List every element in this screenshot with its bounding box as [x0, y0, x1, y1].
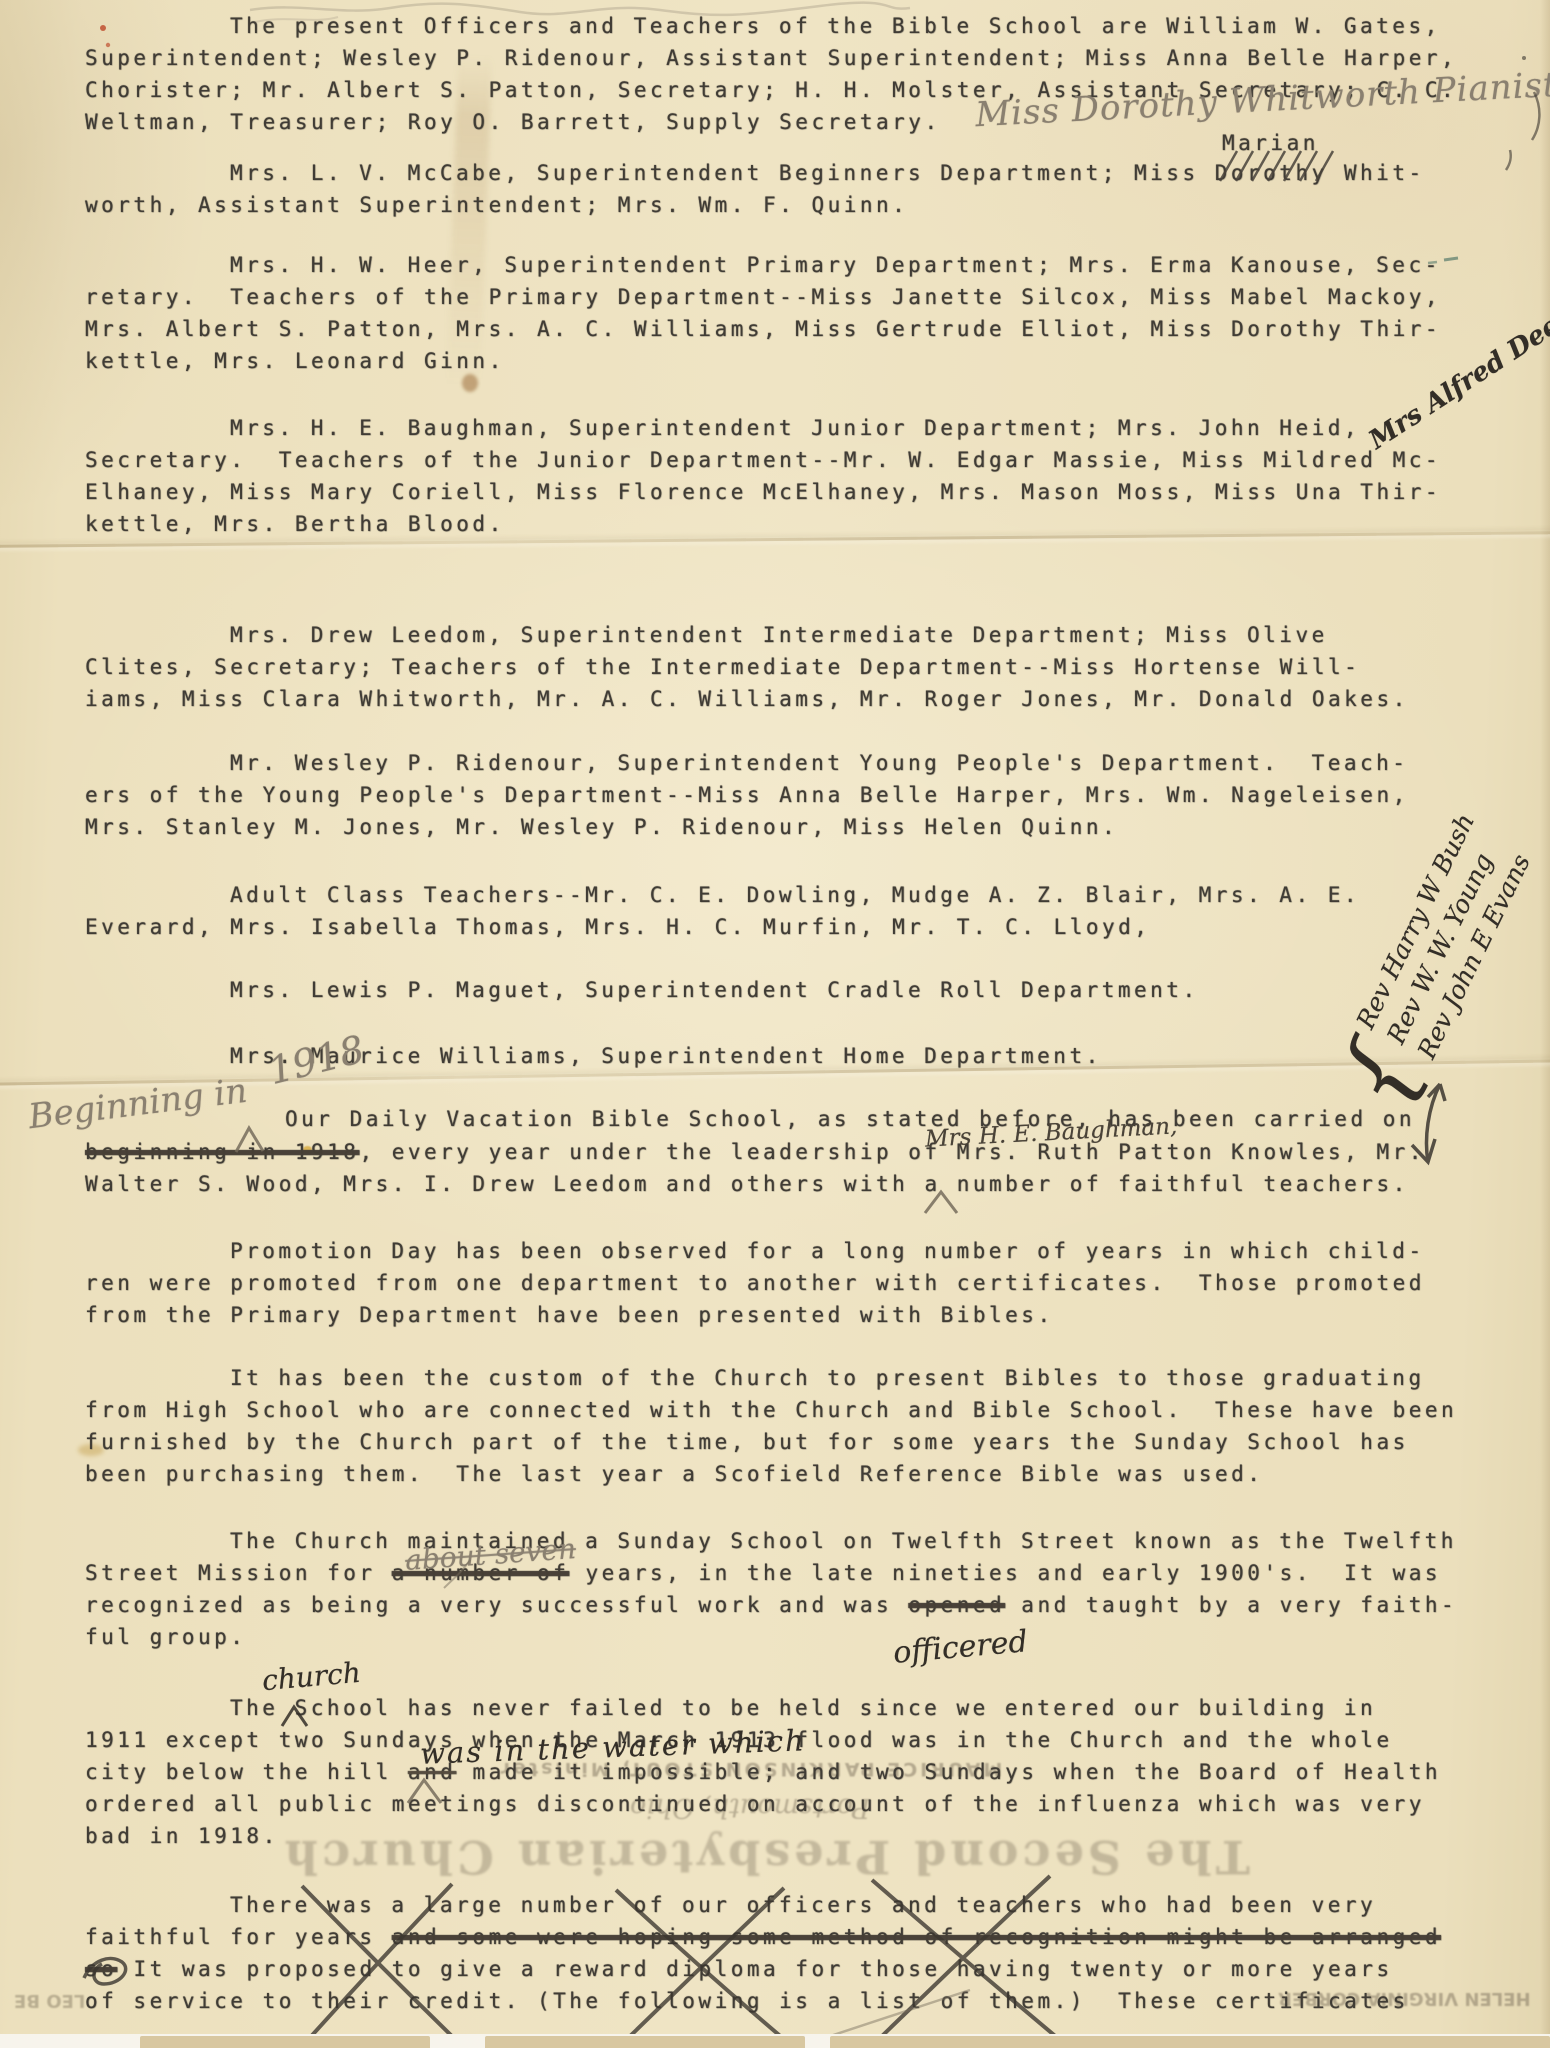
paper-edge-piece	[140, 2036, 430, 2048]
typed-segment: It was proposed to give a reward diploma…	[117, 1957, 1392, 1981]
typed-line: of service to their credit. (The followi…	[85, 1988, 1409, 2014]
typed-line: kettle, Mrs. Bertha Blood.	[85, 511, 505, 537]
typed-line: Mrs. L. V. McCabe, Superintendent Beginn…	[230, 160, 1425, 186]
typed-line: Weltman, Treasurer; Roy O. Barrett, Supp…	[85, 109, 941, 135]
red-speck	[100, 25, 106, 31]
pen-dot	[1522, 56, 1526, 60]
typed-line: faithful for years and some were hoping …	[85, 1924, 1441, 1950]
typed-line: Mrs. Lewis P. Maguet, Superintendent Cra…	[230, 977, 1199, 1003]
right-edge-shade	[1540, 0, 1550, 2048]
typed-line: Mrs. H. W. Heer, Superintendent Primary …	[230, 252, 1441, 278]
typed-line: bad in 1918.	[85, 1823, 279, 1849]
typed-line: city below the hill and made it impossib…	[85, 1759, 1441, 1785]
typed-strikethrough: and some were hoping some method of reco…	[392, 1925, 1441, 1949]
typed-word-slashed-out: Dorothy	[1215, 161, 1328, 185]
typed-line: Mrs. H. E. Baughman, Superintendent Juni…	[230, 415, 1360, 441]
handwriting-officered-insert: officered	[892, 1624, 1029, 1671]
typed-strikethrough: opened	[908, 1593, 1005, 1617]
typed-line: Superintendent; Wesley P. Ridenour, Assi…	[85, 45, 1457, 71]
typed-line: ordered all public meetings discontinued…	[85, 1791, 1425, 1817]
typed-line: Promotion Day has been observed for a lo…	[230, 1238, 1425, 1264]
typed-line: retary. Teachers of the Primary Departme…	[85, 284, 1441, 310]
typed-segment: faithful for years	[85, 1925, 392, 1949]
typed-line: iams, Miss Clara Whitworth, Mr. A. C. Wi…	[85, 686, 1409, 712]
paper-edge-piece	[485, 2036, 805, 2048]
bleedthrough-name-left: LEO BE	[14, 1990, 85, 2011]
typed-line: There was a large number of our officers…	[230, 1892, 1376, 1918]
bleedthrough-church-name: The Second Presbyterian Church	[290, 1830, 1250, 1884]
typed-segment: Street Mission for	[85, 1561, 392, 1585]
typed-line: kettle, Mrs. Leonard Ginn.	[85, 348, 505, 374]
typed-line: recognized as being a very successful wo…	[85, 1592, 1457, 1618]
typed-line: so It was proposed to give a reward dipl…	[85, 1956, 1393, 1982]
paper-edge-piece	[830, 2036, 1550, 2048]
handwriting-church-insert: church	[261, 1656, 362, 1697]
typed-line: Everard, Mrs. Isabella Thomas, Mrs. H. C…	[85, 914, 1150, 940]
typed-line: from High School who are connected with …	[85, 1397, 1457, 1423]
typed-line: Our Daily Vacation Bible School, as stat…	[285, 1106, 1415, 1132]
typed-line: Clites, Secretary; Teachers of the Inter…	[85, 654, 1360, 680]
typed-line: The present Officers and Teachers of the…	[230, 13, 1441, 39]
typed-line: It has been the custom of the Church to …	[230, 1365, 1425, 1391]
typed-line: ren were promoted from one department to…	[85, 1270, 1425, 1296]
typed-line: from the Primary Department have been pr…	[85, 1302, 1054, 1328]
typed-line: Mrs. Albert S. Patton, Mrs. A. C. Willia…	[85, 316, 1441, 342]
handwriting-reverends-note: { Rev Harry W Bush Rev W. W. Young Rev J…	[1316, 806, 1548, 1125]
typed-strikethrough: beginning in 1918	[85, 1140, 359, 1164]
teal-dash-mark	[1444, 258, 1458, 260]
typed-line: been purchasing them. The last year a Sc…	[85, 1461, 1263, 1487]
typed-strikethrough: so	[85, 1957, 117, 1981]
typed-line: Secretary. Teachers of the Junior Depart…	[85, 447, 1441, 473]
typed-line: ers of the Young People's Department--Mi…	[85, 782, 1409, 808]
typed-line: Adult Class Teachers--Mr. C. E. Dowling,…	[230, 882, 1360, 908]
typed-segment: , every year under the leadership of Mrs…	[359, 1140, 1424, 1164]
typed-line: Mr. Wesley P. Ridenour, Superintendent Y…	[230, 750, 1408, 776]
pen-tick-mark	[1506, 150, 1511, 170]
brown-spot-stain	[462, 374, 478, 392]
typed-line: beginning in 1918, every year under the …	[85, 1139, 1425, 1165]
typed-line: worth, Assistant Superintendent; Mrs. Wm…	[85, 192, 908, 218]
typed-segment: Whit-	[1328, 161, 1425, 185]
typed-segment: and taught by a very faith-	[1005, 1593, 1457, 1617]
page-bottom-edge	[0, 2034, 1550, 2048]
typed-segment: recognized as being a very successful wo…	[85, 1593, 908, 1617]
typed-segment: Mrs. L. V. McCabe, Superintendent Beginn…	[230, 161, 1215, 185]
typed-line: Elhaney, Miss Mary Coriell, Miss Florenc…	[85, 479, 1441, 505]
typed-line: Walter S. Wood, Mrs. I. Drew Leedom and …	[85, 1171, 1409, 1197]
typed-correction-marian: Marian	[1222, 130, 1319, 156]
typed-line: Mrs. Drew Leedom, Superintendent Interme…	[230, 622, 1328, 648]
typed-line: ful group.	[85, 1624, 246, 1650]
typed-segment: city below the hill	[85, 1760, 408, 1784]
typed-line: furnished by the Church part of the time…	[85, 1429, 1409, 1455]
typed-line: Mrs. Stanley M. Jones, Mr. Wesley P. Rid…	[85, 814, 1118, 840]
typed-line: The School has never failed to be held s…	[230, 1695, 1376, 1721]
handwriting-year-note: 1918	[264, 1027, 368, 1093]
handwriting-pianist-note: Miss Dorothy Whitworth Pianist	[974, 65, 1550, 135]
typed-line: Street Mission for a number of years, in…	[85, 1560, 1441, 1586]
typed-segment: years, in the late nineties and early 19…	[569, 1561, 1441, 1585]
scanned-document-page: MAURICE PARKINSON STOUT, Minister Portsm…	[0, 0, 1550, 2048]
